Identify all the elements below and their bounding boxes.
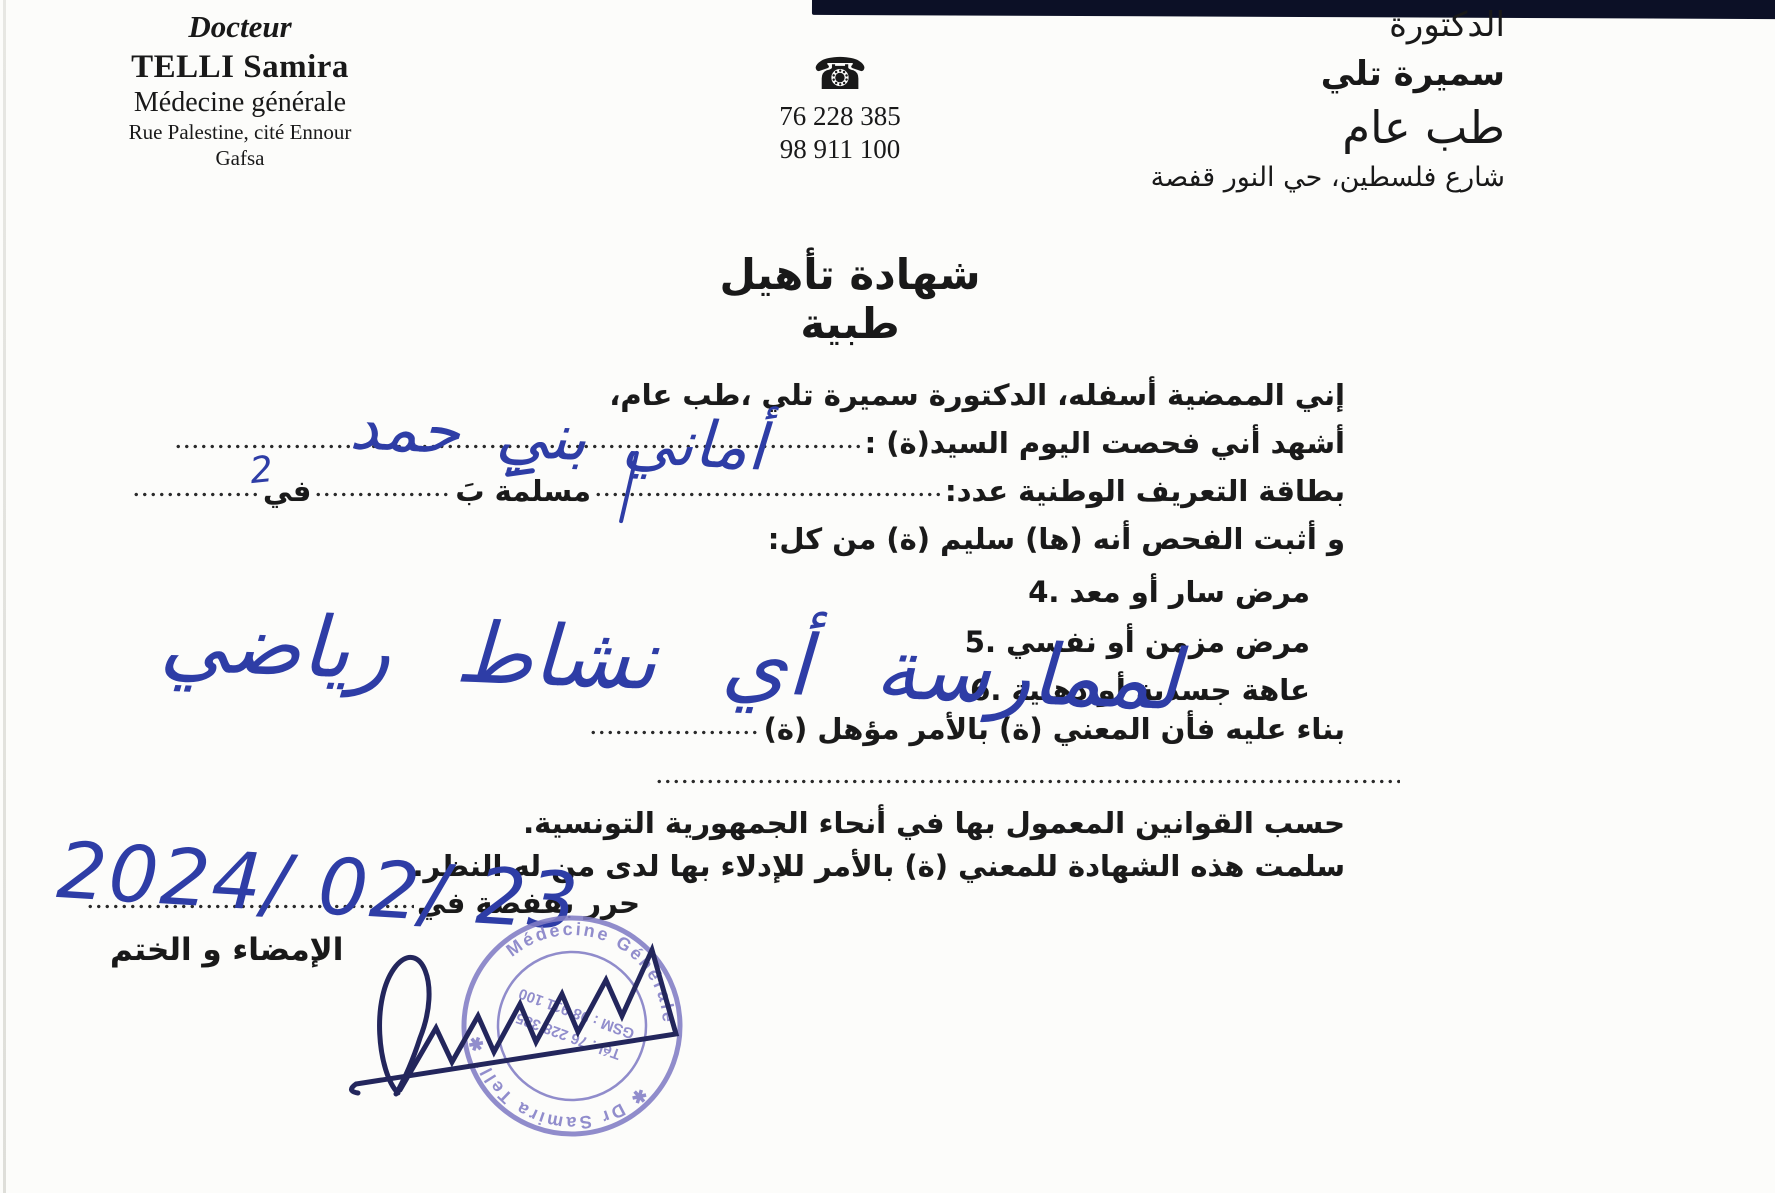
list-text: مرض سار أو معد (1070, 575, 1310, 609)
dotted-fill (589, 729, 761, 736)
doctor-name-ar: سميرة تلي (1151, 49, 1505, 99)
dotted-fill (132, 491, 260, 498)
doctor-header-french: Docteur TELLI Samira Médecine générale R… (70, 6, 410, 171)
body-line-1-text: إني الممضية أسفله، الدكتورة سميرة تلي ، (740, 378, 1345, 412)
body-line-4: و أثبت الفحص أنه (ها) سليم (ة) من كل: (768, 522, 1345, 556)
signature-stamp-label: الإمضاء و الختم (110, 932, 343, 968)
phone-number-1: 76 228 385 (740, 100, 940, 133)
telephone-icon: ☎ (740, 50, 940, 100)
doctor-name-fr: TELLI Samira (70, 48, 410, 86)
doctor-city-fr: Gafsa (70, 145, 410, 171)
body-line-6: حسب القوانين المعمول بها في أنحاء الجمهو… (523, 806, 1345, 840)
doctor-address-ar: شارع فلسطين، حي النور قفصة (1151, 156, 1505, 200)
doctor-title-fr: Docteur (70, 6, 410, 48)
doctor-header-arabic: الدكتورة سميرة تلي طب عام شارع فلسطين، ح… (1151, 2, 1505, 200)
doctor-address-fr: Rue Palestine, cité Ennour (70, 119, 410, 145)
stamp-and-signature: ✱ Dr Samira Telli ✱ Médecine Générale Té… (330, 898, 900, 1188)
ink-mark-numeral: 2 (248, 449, 275, 492)
scanned-medical-certificate: Docteur TELLI Samira Médecine générale R… (0, 0, 1775, 1193)
doctor-specialty-ar: طب عام (1151, 99, 1505, 156)
dotted-fill (314, 491, 452, 498)
list-number: 4. (1028, 575, 1059, 609)
handwritten-qualification: لممارسة أي نشاط رياضي (158, 592, 1181, 729)
id-card-label: بطاقة التعريف الوطنية عدد: (945, 474, 1345, 508)
disease-list-item-1: 4. مرض سار أو معد (1028, 575, 1310, 609)
dotted-line-full (655, 778, 1400, 786)
dotted-fill (594, 491, 942, 498)
phone-number-2: 98 911 100 (740, 133, 940, 166)
body-line-1: إني الممضية أسفله، الدكتورة سميرة تلي ،ط… (609, 378, 1345, 412)
phone-block: ☎ 76 228 385 98 911 100 (740, 50, 940, 166)
scan-edge-line (3, 0, 6, 1193)
doctor-title-ar: الدكتورة (1151, 2, 1505, 49)
doctor-specialty-fr: Médecine générale (70, 86, 410, 119)
doctor-round-stamp: ✱ Dr Samira Telli ✱ Médecine Générale Té… (434, 898, 711, 1164)
examined-person-label: أشهد أني فحصت اليوم السيد(ة) : (865, 426, 1345, 460)
certificate-title: شهادة تأهيل طبية (690, 250, 1010, 348)
delivered-at-label: مسلمة بَ (455, 474, 591, 508)
